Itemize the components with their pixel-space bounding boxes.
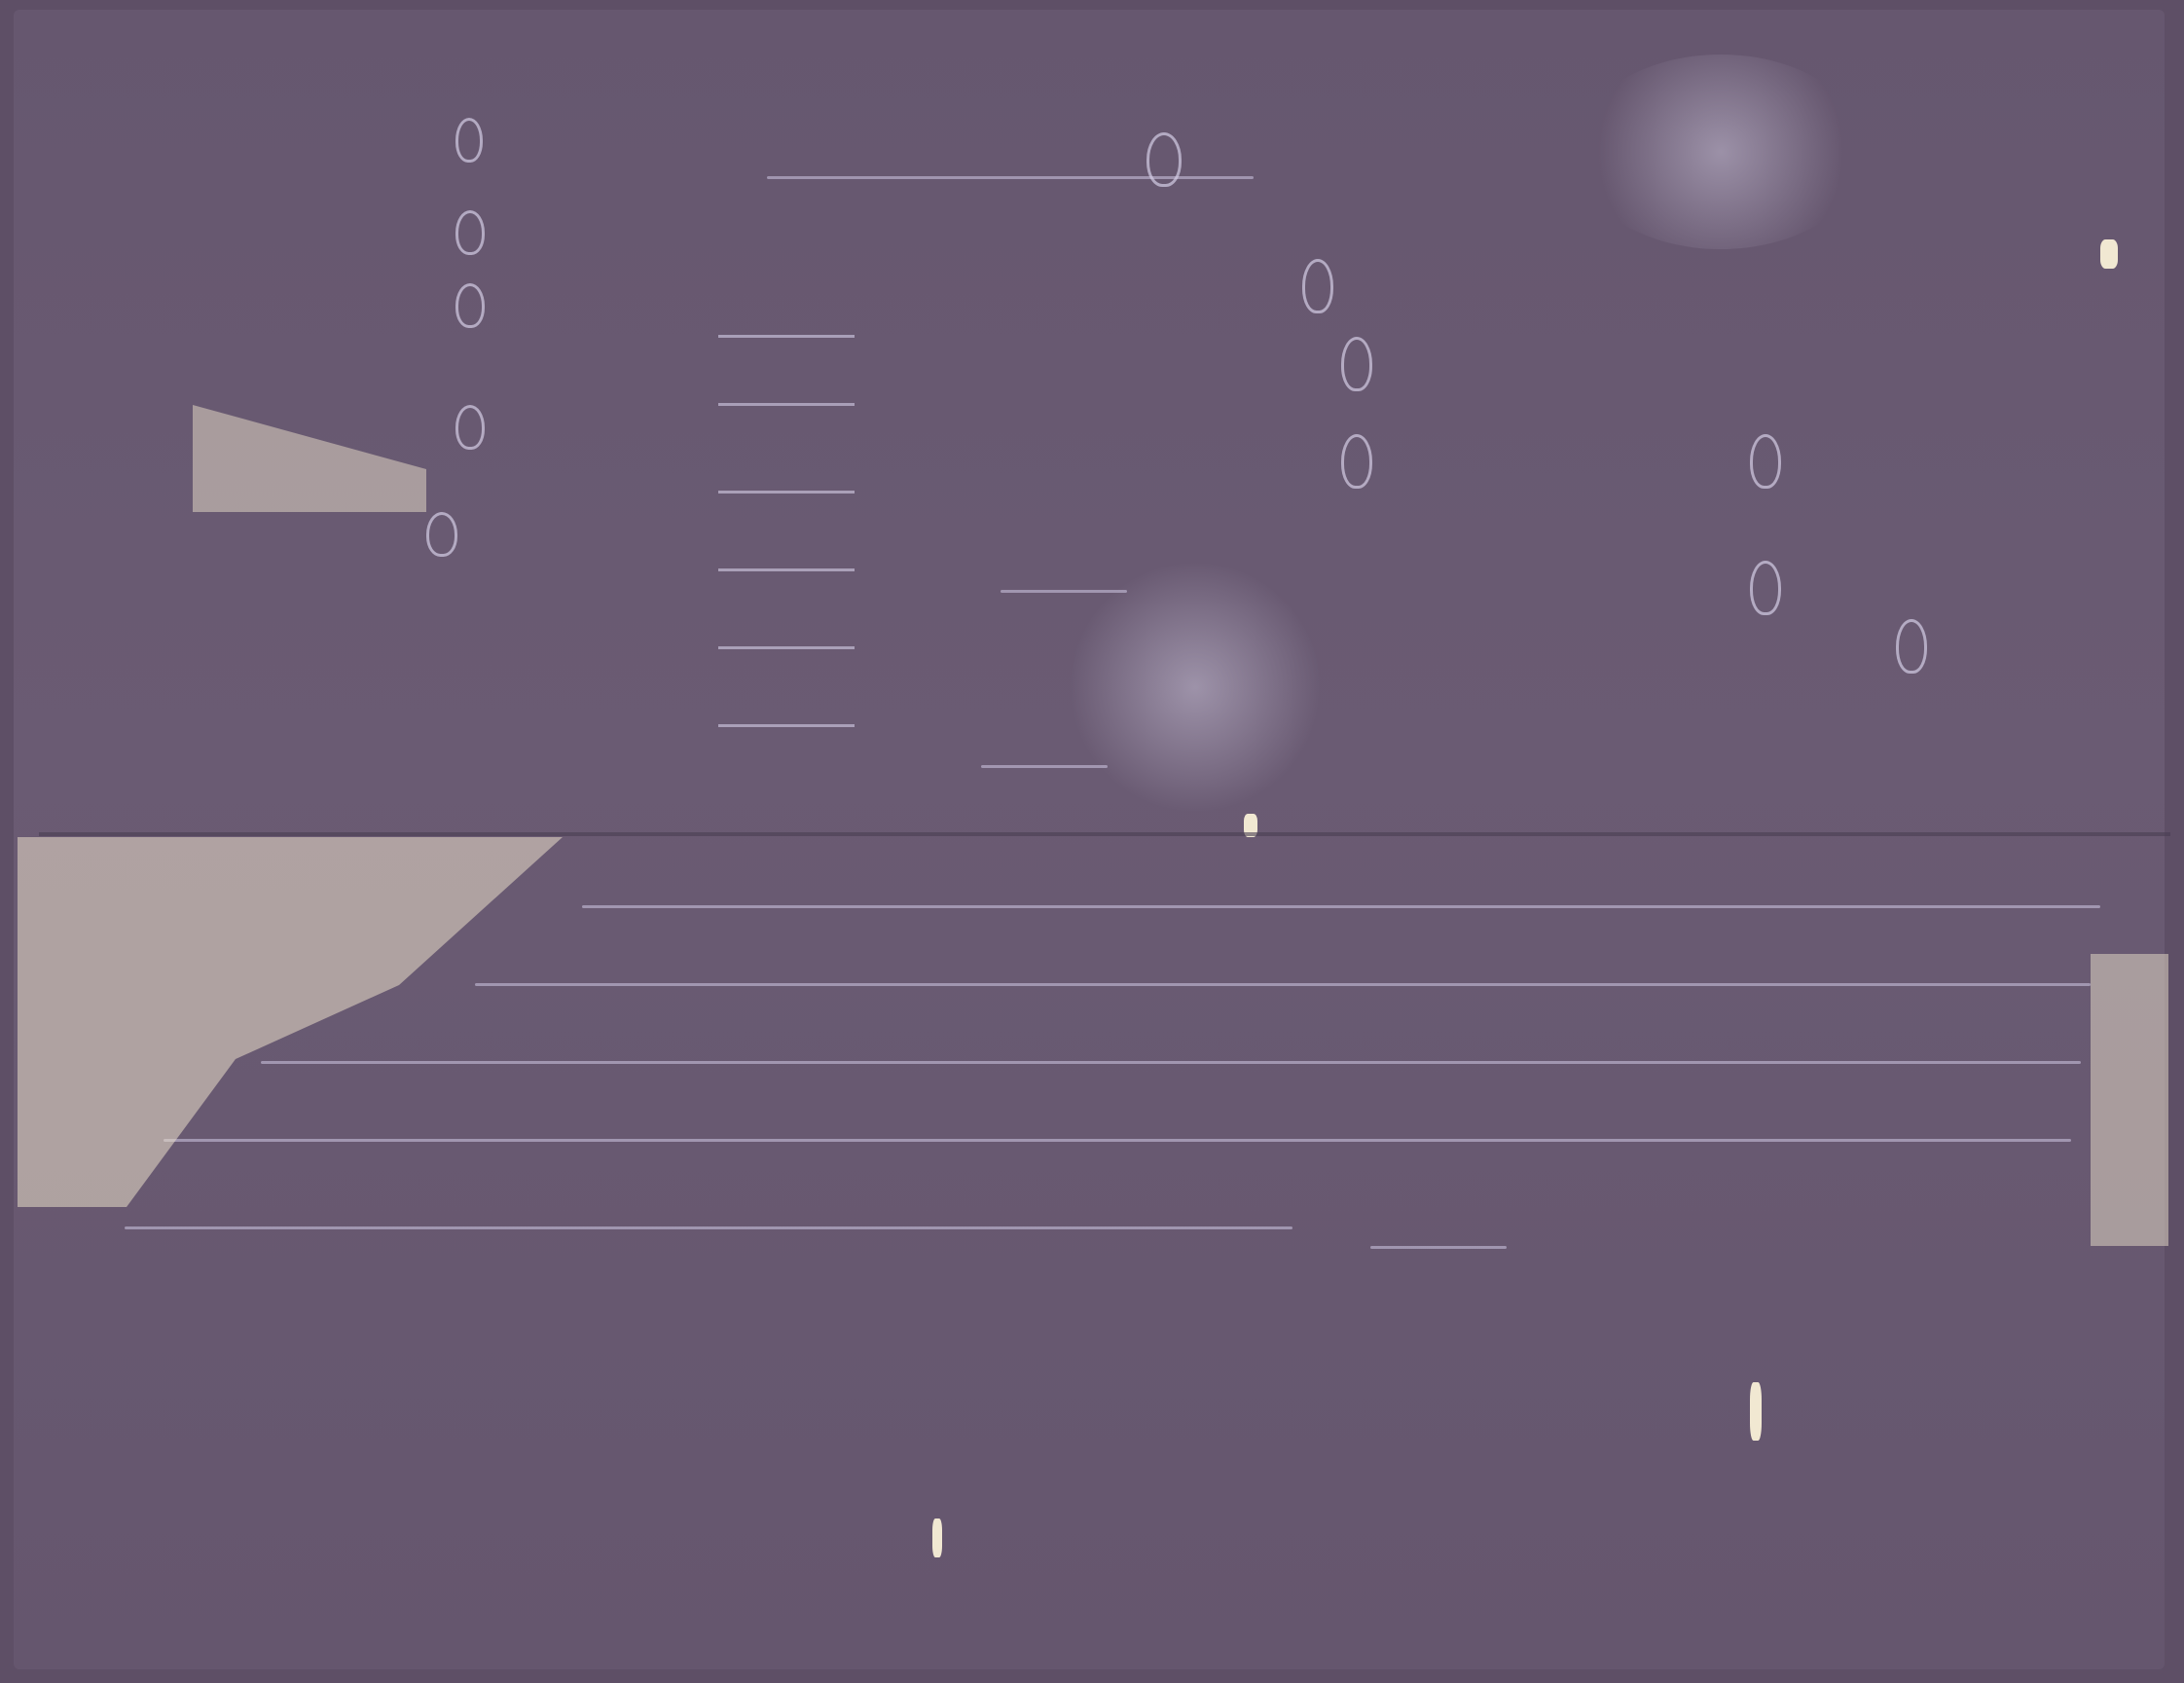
margin-numeral xyxy=(455,210,485,255)
heading-glyph xyxy=(1147,132,1182,187)
table-row xyxy=(718,619,855,649)
paper-damage xyxy=(193,405,426,512)
text-line xyxy=(582,905,2100,908)
margin-numeral xyxy=(426,512,457,557)
heading-line xyxy=(767,176,1254,179)
paper-damage xyxy=(18,837,563,1207)
text-line xyxy=(261,1061,2081,1064)
table-row xyxy=(718,308,855,338)
column-glyph xyxy=(1341,434,1372,489)
paper-chip xyxy=(2100,239,2118,269)
column-glyph xyxy=(1302,259,1333,313)
text-line xyxy=(125,1226,1292,1229)
column-glyph xyxy=(1341,337,1372,391)
text-line xyxy=(475,983,2091,986)
text-line xyxy=(164,1139,2071,1142)
column-value xyxy=(981,765,1108,768)
bottom-panel xyxy=(18,837,2159,1665)
fold-line xyxy=(39,832,2170,836)
margin-numeral xyxy=(455,405,485,450)
paper-chip xyxy=(1750,1382,1762,1441)
table-row xyxy=(718,463,855,494)
table-row xyxy=(718,376,855,406)
erasure-smudge xyxy=(1069,561,1322,814)
table-row xyxy=(718,697,855,727)
column-glyph xyxy=(1896,619,1927,674)
top-panel xyxy=(18,16,2159,828)
column-glyph xyxy=(1750,434,1781,489)
paper-damage xyxy=(2091,954,2168,1246)
margin-numeral xyxy=(455,118,483,163)
column-value xyxy=(1001,590,1127,593)
signature-line xyxy=(1370,1246,1507,1249)
table-row xyxy=(718,541,855,571)
paper-chip xyxy=(932,1518,942,1557)
column-glyph xyxy=(1750,561,1781,615)
erasure-smudge xyxy=(1575,55,1867,249)
margin-numeral xyxy=(455,283,485,328)
